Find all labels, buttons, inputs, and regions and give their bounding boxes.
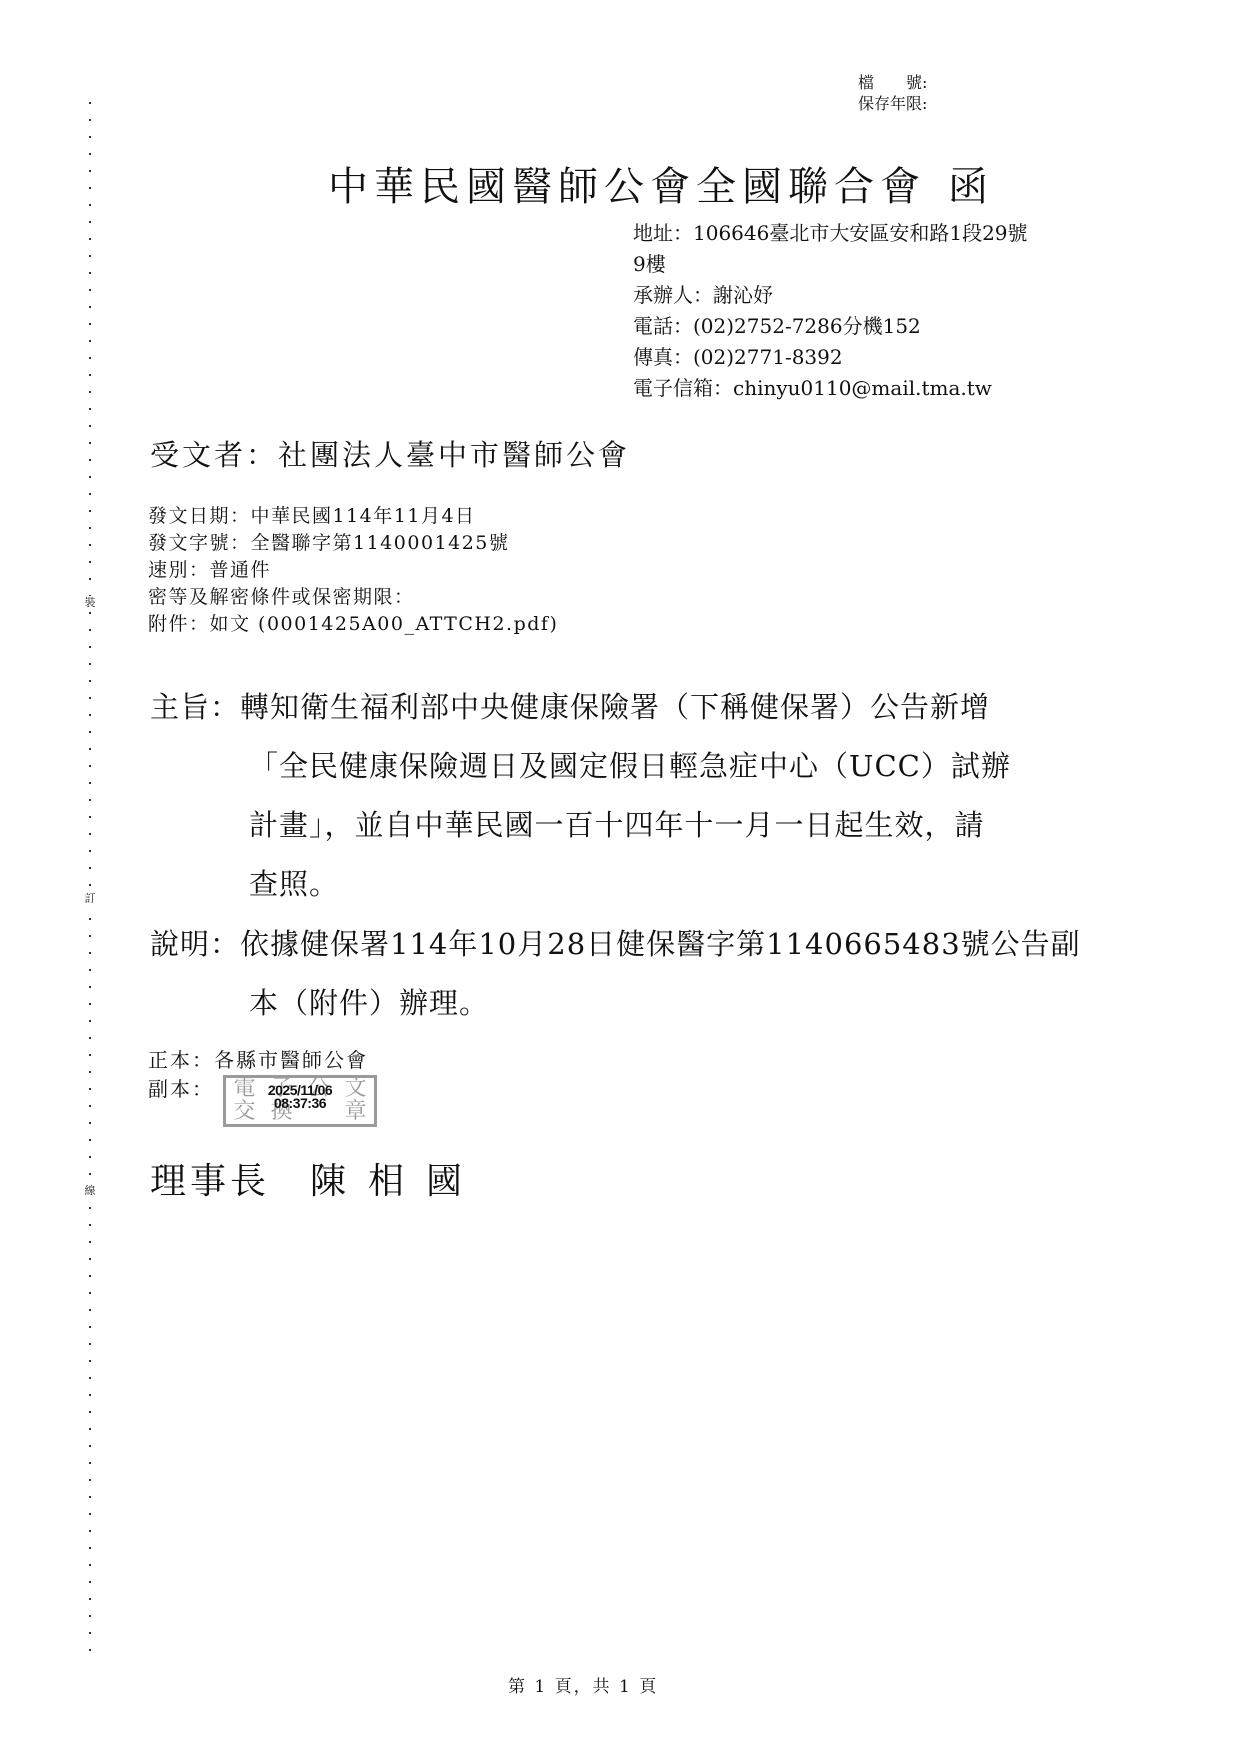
binding-label-line: 線: [83, 1184, 97, 1198]
margin-dot: [89, 1003, 91, 1005]
margin-dot: [89, 799, 91, 801]
margin-dot: [89, 986, 91, 988]
margin-dot: [89, 1241, 91, 1243]
subject-line: 主旨：轉知衛生福利部中央健康保險署（下稱健保署）公告新增: [150, 678, 1011, 737]
margin-dot: [89, 255, 91, 257]
margin-dot: [89, 748, 91, 750]
retention-period-label: 保存年限:: [858, 93, 927, 114]
margin-dot: [89, 697, 91, 699]
margin-dot: [89, 714, 91, 716]
signature: 理事長陳相國: [150, 1153, 484, 1204]
margin-dot: [89, 1088, 91, 1090]
margin-dot: [89, 1309, 91, 1311]
margin-dot: [89, 442, 91, 444]
file-info: 檔 號: 保存年限:: [858, 72, 927, 114]
margin-dot: [89, 1258, 91, 1260]
margin-dot: [89, 1377, 91, 1379]
margin-dot: [89, 408, 91, 410]
margin-dot: [89, 119, 91, 121]
margin-dot: [89, 765, 91, 767]
subject-line: 查照。: [150, 855, 1011, 914]
description-section: 說明：依據健保署114年10月28日健保醫字第1140665483號公告副 本（…: [150, 915, 1081, 1033]
margin-dot: [89, 1394, 91, 1396]
margin-dot: [89, 391, 91, 393]
margin-dot: [89, 782, 91, 784]
stamp-timestamp: 2025/11/06 08:37:36: [226, 1084, 374, 1110]
margin-dot: [89, 459, 91, 461]
margin-dot: [89, 867, 91, 869]
subject-section: 主旨：轉知衛生福利部中央健康保險署（下稱健保署）公告新增 「全民健康保險週日及國…: [150, 678, 1011, 914]
email-address: 電子信箱：chinyu0110@mail.tma.tw: [633, 373, 1028, 404]
margin-dot: [89, 544, 91, 546]
margin-dot: [89, 1445, 91, 1447]
margin-dot: [89, 884, 91, 886]
page-number: 第 1 頁，共 1 頁: [508, 1672, 658, 1697]
margin-dot: [89, 170, 91, 172]
margin-dot: [89, 1479, 91, 1481]
margin-dot: [89, 272, 91, 274]
document-number: 發文字號：全醫聯字第1140001425號: [148, 530, 558, 557]
attachment: 附件：如文 (0001425A00_ATTCH2.pdf): [148, 611, 558, 638]
margin-dot: [89, 1122, 91, 1124]
margin-dot: [89, 1275, 91, 1277]
stamp-time: 08:37:36: [226, 1097, 374, 1110]
organization-name: 中華民國醫師公會全國聯合會: [328, 164, 926, 210]
margin-dot: [89, 1343, 91, 1345]
margin-dot: [89, 1428, 91, 1430]
signer-name: 陳相國: [310, 1161, 484, 1202]
margin-dot: [89, 357, 91, 359]
document-type: 函: [948, 164, 994, 210]
margin-dot: [89, 1649, 91, 1651]
margin-dot: [89, 969, 91, 971]
binding-label-bind: 裝: [83, 596, 97, 610]
margin-dot: [89, 306, 91, 308]
margin-dot: [89, 1105, 91, 1107]
margin-dot: [89, 952, 91, 954]
margin-dot: [89, 1411, 91, 1413]
file-number-label: 檔 號:: [858, 72, 927, 93]
margin-dot: [89, 187, 91, 189]
margin-dot: [89, 663, 91, 665]
margin-dot: [89, 1326, 91, 1328]
margin-dot: [89, 1530, 91, 1532]
margin-dot: [89, 493, 91, 495]
margin-dot: [89, 1462, 91, 1464]
binding-margin: 裝 訂 線: [86, 96, 94, 1656]
margin-dot: [89, 1632, 91, 1634]
margin-dot: [89, 935, 91, 937]
margin-dot: [89, 1513, 91, 1515]
subject-line: 計畫」，並自中華民國一百十四年十一月一日起生效，請: [150, 796, 1011, 855]
margin-dot: [89, 646, 91, 648]
urgency: 速別：普通件: [148, 557, 558, 584]
margin-dot: [89, 1207, 91, 1209]
margin-dot: [89, 1564, 91, 1566]
margin-dot: [89, 425, 91, 427]
margin-dot: [89, 323, 91, 325]
margin-dot: [89, 238, 91, 240]
fax-number: 傳真：(02)2771-8392: [633, 342, 1028, 373]
margin-dot: [89, 527, 91, 529]
margin-dot: [89, 680, 91, 682]
margin-dot: [89, 289, 91, 291]
margin-dot: [89, 1581, 91, 1583]
margin-dot: [89, 1496, 91, 1498]
document-meta: 發文日期：中華民國114年11月4日 發文字號：全醫聯字第1140001425號…: [148, 503, 558, 638]
margin-dot: [89, 153, 91, 155]
signer-title: 理事長: [150, 1161, 270, 1202]
margin-dot: [89, 1224, 91, 1226]
margin-dot: [89, 816, 91, 818]
margin-dot: [89, 1173, 91, 1175]
margin-dot: [89, 1360, 91, 1362]
description-line: 說明：依據健保署114年10月28日健保醫字第1140665483號公告副: [150, 915, 1081, 974]
contact-person: 承辦人：謝沁妤: [633, 280, 1028, 311]
margin-dot: [89, 833, 91, 835]
margin-dot: [89, 136, 91, 138]
sender-address: 地址：106646臺北市大安區安和路1段29號: [633, 218, 1028, 249]
margin-dot: [89, 1292, 91, 1294]
phone-number: 電話：(02)2752-7286分機152: [633, 311, 1028, 342]
margin-dot: [89, 731, 91, 733]
recipient: 受文者：社團法人臺中市醫師公會: [150, 433, 630, 474]
document-title: 中華民國醫師公會全國聯合會函: [328, 155, 994, 212]
margin-dot: [89, 102, 91, 104]
margin-dot: [89, 1054, 91, 1056]
confidentiality: 密等及解密條件或保密期限：: [148, 584, 558, 611]
margin-dot: [89, 204, 91, 206]
description-line: 本（附件）辦理。: [150, 974, 1081, 1033]
margin-dot: [89, 850, 91, 852]
margin-dot: [89, 1071, 91, 1073]
margin-dot: [89, 476, 91, 478]
margin-dot: [89, 221, 91, 223]
margin-dot: [89, 1020, 91, 1022]
margin-dot: [89, 629, 91, 631]
sender-address-cont: 9樓: [633, 249, 1028, 280]
subject-line: 「全民健康保險週日及國定假日輕急症中心（UCC）試辦: [150, 737, 1011, 796]
binding-label-staple: 訂: [83, 892, 97, 906]
margin-dot: [89, 578, 91, 580]
margin-dot: [89, 1615, 91, 1617]
margin-dot: [89, 1037, 91, 1039]
issue-date: 發文日期：中華民國114年11月4日: [148, 503, 558, 530]
margin-dot: [89, 510, 91, 512]
margin-dot: [89, 340, 91, 342]
original-recipients: 正本：各縣市醫師公會: [148, 1046, 368, 1075]
sender-info: 地址：106646臺北市大安區安和路1段29號 9樓 承辦人：謝沁妤 電話：(0…: [633, 218, 1028, 404]
margin-dot: [89, 561, 91, 563]
margin-dot: [89, 918, 91, 920]
margin-dot: [89, 1139, 91, 1141]
margin-dot: [89, 374, 91, 376]
margin-dot: [89, 1156, 91, 1158]
margin-dot: [89, 1598, 91, 1600]
margin-dot: [89, 1547, 91, 1549]
margin-dot: [89, 612, 91, 614]
electronic-exchange-stamp: 電 子 公 文 交 換 章 2025/11/06 08:37:36: [223, 1075, 377, 1127]
